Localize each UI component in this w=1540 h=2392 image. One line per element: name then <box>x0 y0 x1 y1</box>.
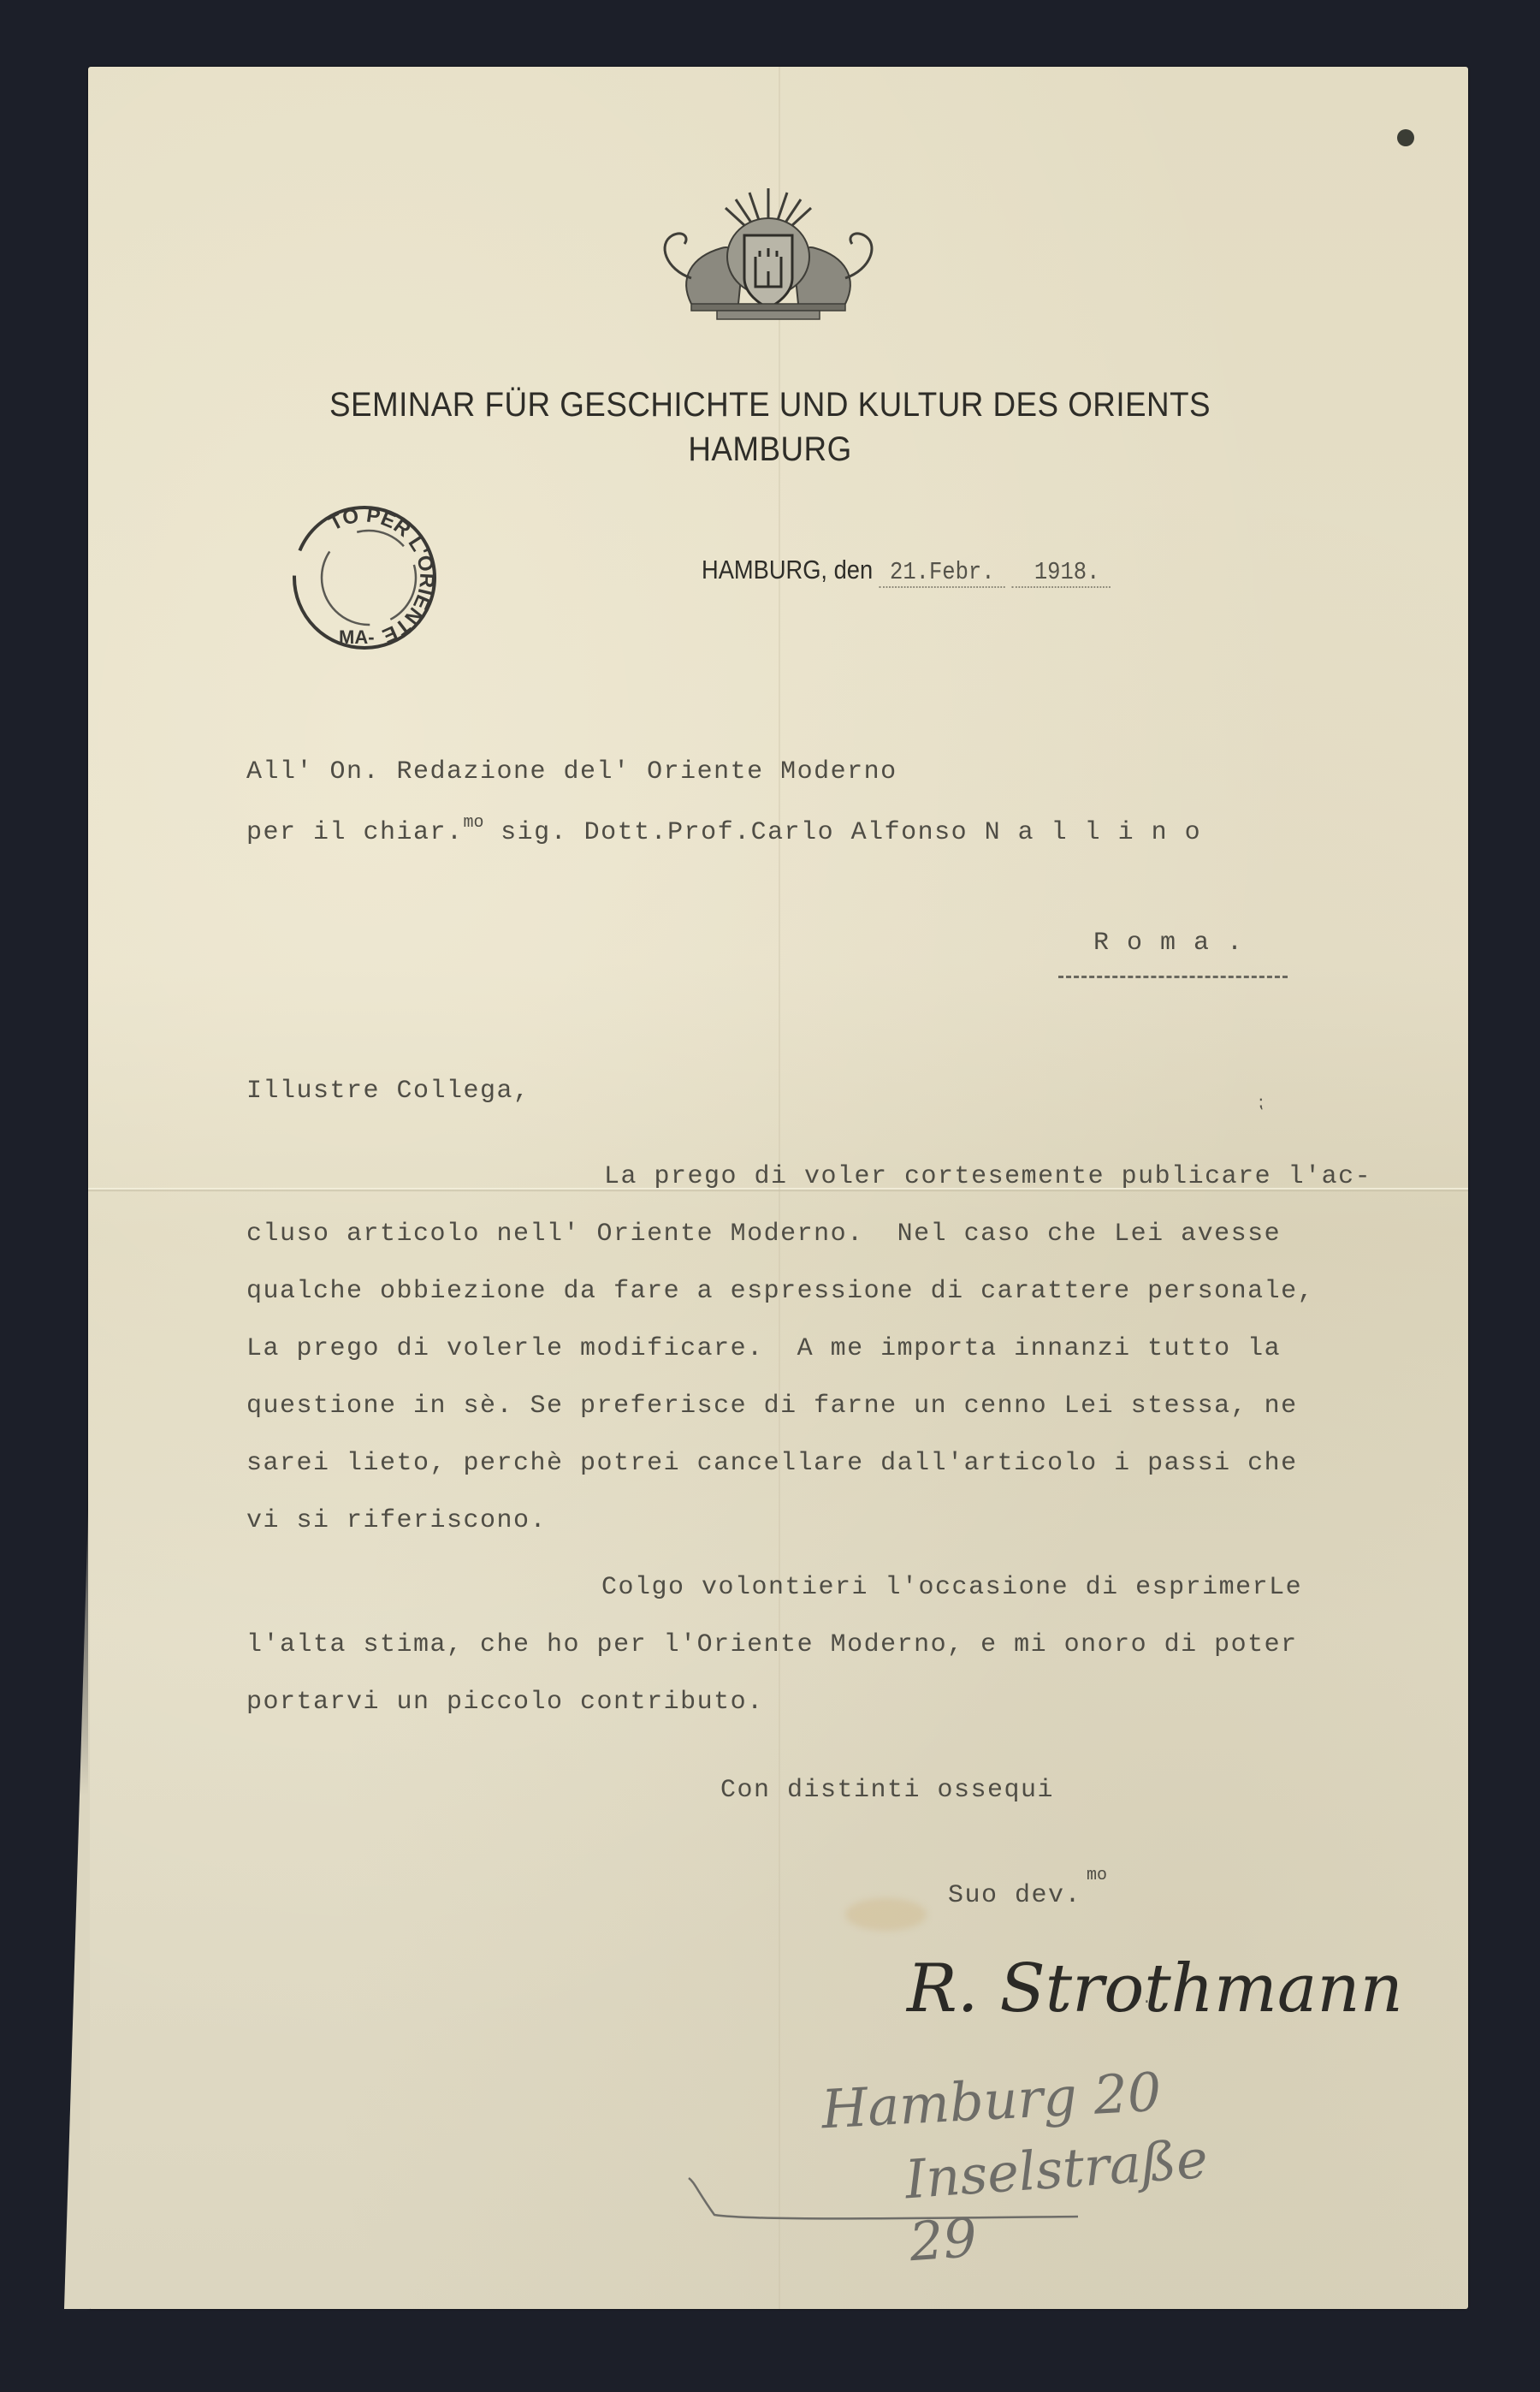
body-line: vi si riferiscono. <box>246 1506 547 1535</box>
body-line: questione in sè. Se preferisce di farne … <box>246 1392 1298 1421</box>
svg-text:R. Strothmann: R. Strothmann <box>905 1950 1403 2027</box>
address-city: R o m a . <box>1093 929 1244 958</box>
paper-stain <box>845 1898 927 1931</box>
salutation: Illustre Collega, <box>246 1077 530 1106</box>
institutional-stamp-icon: TO PER L'ORIENTE MA- <box>283 496 446 659</box>
closing-line: Con distinti ossequi <box>720 1776 1054 1805</box>
city-underline <box>1058 976 1288 978</box>
closing-signoff: Suo dev.mo <box>948 1866 1107 1910</box>
address-line-1: All' On. Redazione del' Oriente Moderno <box>246 757 897 786</box>
body-line: La prego di volerle modificare. A me imp… <box>246 1334 1281 1363</box>
body-line: qualche obbiezione da fare a espressione… <box>246 1277 1314 1306</box>
body-line: portarvi un piccolo contributo. <box>246 1688 764 1717</box>
date-day-month: 21.Febr. <box>880 558 1005 588</box>
dateline: HAMBURG, den 21.Febr. 1918. <box>702 555 1111 586</box>
letterhead-institution: SEMINAR FÜR GESCHICHTE UND KULTUR DES OR… <box>62 383 1478 427</box>
pencil-stroke-mark <box>650 2174 1078 2225</box>
handwritten-signature: R. Strothmann <box>890 1930 1454 2041</box>
address-line-2: per il chiar.mo sig. Dott.Prof.Carlo Alf… <box>246 813 1201 847</box>
body-line: cluso articolo nell' Oriente Moderno. Ne… <box>246 1220 1281 1249</box>
ink-dot: · <box>1142 1994 1152 2011</box>
punch-hole <box>1397 129 1414 146</box>
body-line: l'alta stima, che ho per l'Oriente Moder… <box>246 1630 1298 1659</box>
letterhead: SEMINAR FÜR GESCHICHTE UND KULTUR DES OR… <box>62 383 1478 472</box>
date-year: 1918. <box>1011 558 1110 588</box>
letterhead-city: HAMBURG <box>62 427 1478 472</box>
hamburg-coat-of-arms-icon <box>640 175 897 325</box>
stamp-text-bottom: MA- <box>339 626 375 648</box>
body-line: Colgo volontieri l'occasione di esprimer… <box>601 1573 1302 1602</box>
dateline-prefix: HAMBURG, den <box>702 555 873 585</box>
ink-mark: ⁏ <box>1258 1091 1264 1113</box>
body-line: sarei lieto, perchè potrei cancellare da… <box>246 1449 1298 1478</box>
body-line: La prego di voler cortesemente publicare… <box>604 1162 1371 1191</box>
pencil-note-line-1: Hamburg 20 <box>820 2061 1163 2141</box>
